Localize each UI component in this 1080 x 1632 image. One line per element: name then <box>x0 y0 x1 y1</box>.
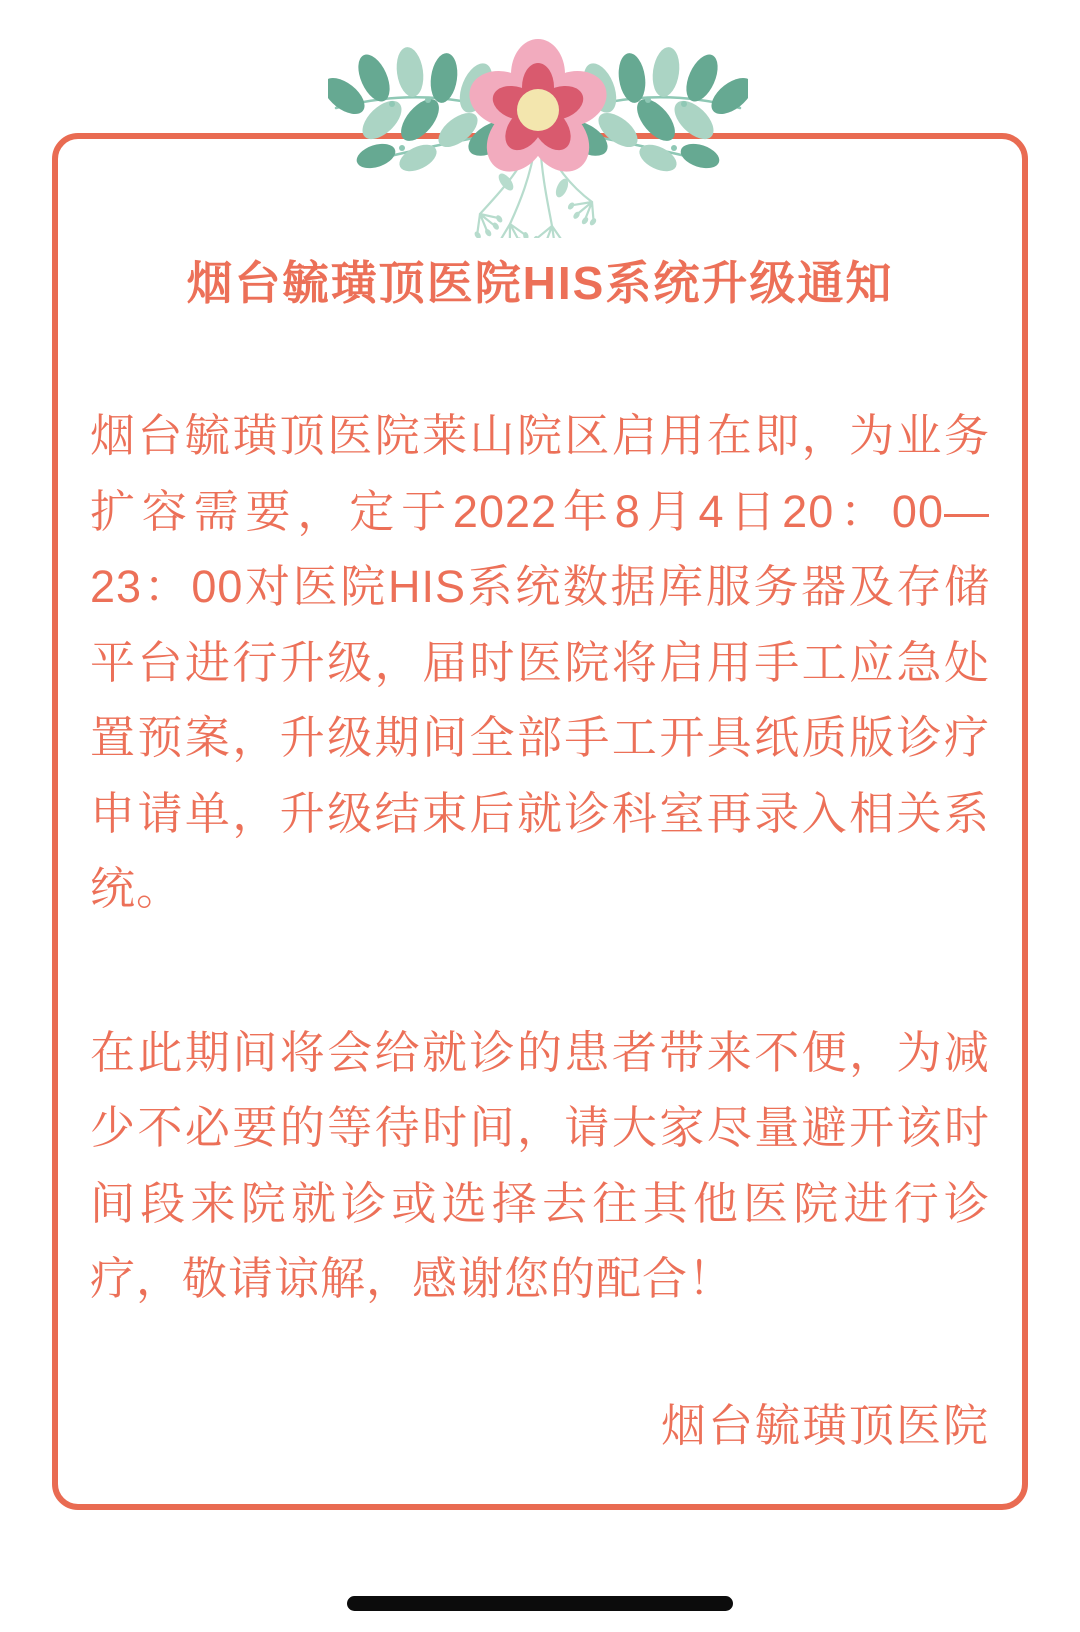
notice-text-line: 统。 <box>90 851 990 927</box>
notice-text-line: 申请单，升级结束后就诊科室再录入相关系 <box>90 776 990 852</box>
notice-text-line: 疗，敬请谅解，感谢您的配合！ <box>90 1241 990 1317</box>
notice-text-line: 在此期间将会给就诊的患者带来不便，为减 <box>90 1015 990 1091</box>
notice-text-line: 少不必要的等待时间，请大家尽量避开该时 <box>90 1090 990 1166</box>
flower-icon <box>462 39 614 183</box>
notice-text-line: 烟台毓璜顶医院莱山院区启用在即，为业务 <box>90 398 990 474</box>
notice-paragraph-2: 在此期间将会给就诊的患者带来不便，为减少不必要的等待时间，请大家尽量避开该时间段… <box>90 1015 990 1317</box>
notice-text-line: 间段来院就诊或选择去往其他医院进行诊 <box>90 1166 990 1242</box>
notice-signature: 烟台毓璜顶医院 <box>90 1397 990 1455</box>
notice-title: 烟台毓璜顶医院HIS系统升级通知 <box>90 243 990 323</box>
notice-card: 烟台毓璜顶医院HIS系统升级通知 烟台毓璜顶医院莱山院区启用在即，为业务扩容需要… <box>52 133 1028 1510</box>
notice-text-line: 23：00对医院HIS系统数据库服务器及存储 <box>90 549 990 625</box>
notice-text-line: 置预案，升级期间全部手工开具纸质版诊疗 <box>90 700 990 776</box>
floral-ornament-icon <box>328 38 748 238</box>
home-indicator[interactable] <box>347 1596 733 1611</box>
notice-paragraph-1: 烟台毓璜顶医院莱山院区启用在即，为业务扩容需要，定于2022年8月4日20：00… <box>90 398 990 927</box>
notice-text-line: 平台进行升级，届时医院将启用手工应急处 <box>90 625 990 701</box>
notice-text-line: 扩容需要，定于2022年8月4日20：00— <box>90 474 990 550</box>
